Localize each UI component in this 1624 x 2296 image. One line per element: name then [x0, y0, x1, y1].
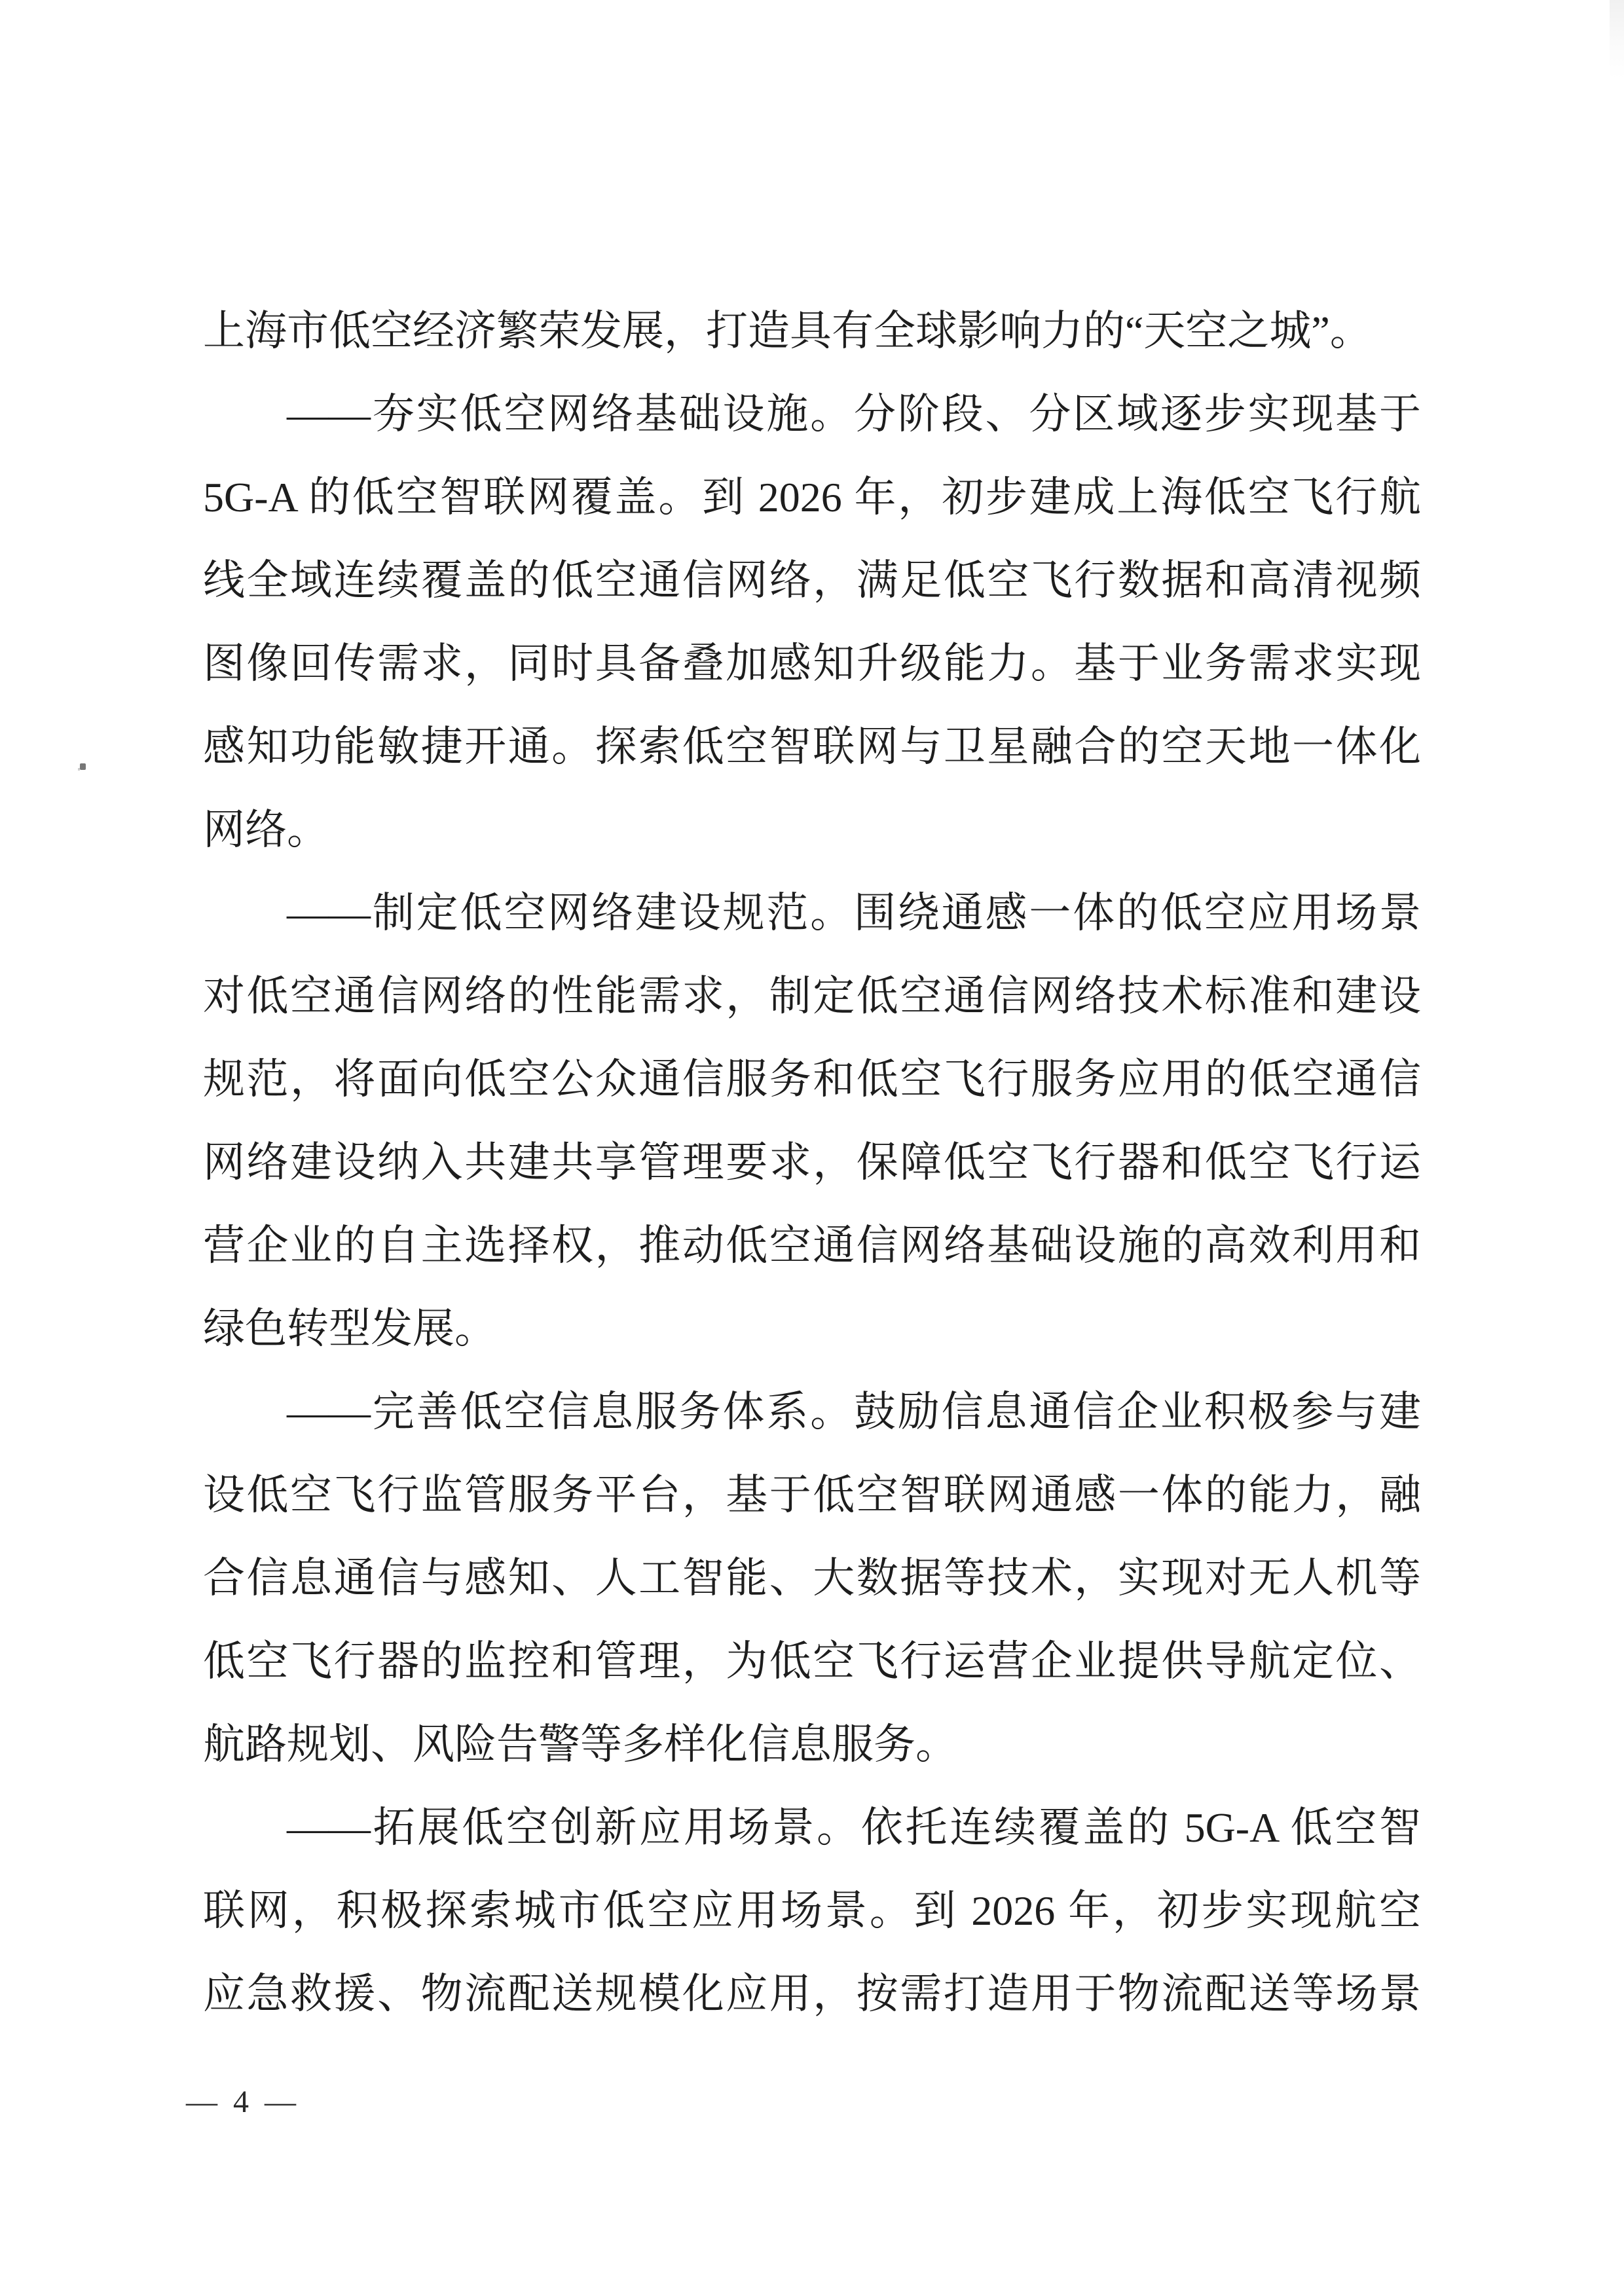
text-line: ——拓展低空创新应用场景。依托连续覆盖的 5G-A 低空智 — [203, 1786, 1421, 1869]
text-line: 低空飞行器的监控和管理，为低空飞行运营企业提供导航定位、 — [203, 1620, 1421, 1703]
text-line: 网络建设纳入共建共享管理要求，保障低空飞行器和低空飞行运 — [203, 1121, 1421, 1204]
text-line: 联网，积极探索城市低空应用场景。到 2026 年，初步实现航空 — [203, 1869, 1421, 1952]
text-line: 航路规划、风险告警等多样化信息服务。 — [203, 1703, 1421, 1786]
text-line: 网络。 — [203, 788, 1421, 871]
text-line: 上海市低空经济繁荣发展，打造具有全球影响力的“天空之城”。 — [203, 289, 1421, 373]
text-line: ——完善低空信息服务体系。鼓励信息通信企业积极参与建 — [203, 1370, 1421, 1453]
text-line: 设低空飞行监管服务平台，基于低空智联网通感一体的能力，融 — [203, 1453, 1421, 1537]
page-number: — 4 — — [186, 2084, 300, 2121]
text-line: 图像回传需求，同时具备叠加感知升级能力。基于业务需求实现 — [203, 622, 1421, 705]
text-line: 绿色转型发展。 — [203, 1287, 1421, 1370]
scan-speck — [80, 763, 86, 770]
text-line: 合信息通信与感知、人工智能、大数据等技术，实现对无人机等 — [203, 1537, 1421, 1620]
text-line: 感知功能敏捷开通。探索低空智联网与卫星融合的空天地一体化 — [203, 705, 1421, 788]
text-line: ——制定低空网络建设规范。围绕通感一体的低空应用场景 — [203, 871, 1421, 955]
text-line: 线全域连续覆盖的低空通信网络，满足低空飞行数据和高清视频 — [203, 539, 1421, 622]
document-page: 上海市低空经济繁荣发展，打造具有全球影响力的“天空之城”。 ——夯实低空网络基础… — [0, 0, 1624, 2296]
scan-edge-artifact — [1610, 0, 1624, 79]
text-line: 营企业的自主选择权，推动低空通信网络基础设施的高效利用和 — [203, 1204, 1421, 1287]
body-text: 上海市低空经济繁荣发展，打造具有全球影响力的“天空之城”。 ——夯实低空网络基础… — [203, 289, 1421, 2035]
text-line: 对低空通信网络的性能需求，制定低空通信网络技术标准和建设 — [203, 955, 1421, 1038]
text-line: 应急救援、物流配送规模化应用，按需打造用于物流配送等场景 — [203, 1952, 1421, 2035]
text-line: 5G-A 的低空智联网覆盖。到 2026 年，初步建成上海低空飞行航 — [203, 456, 1421, 539]
text-line: 规范，将面向低空公众通信服务和低空飞行服务应用的低空通信 — [203, 1038, 1421, 1121]
text-line: ——夯实低空网络基础设施。分阶段、分区域逐步实现基于 — [203, 373, 1421, 456]
